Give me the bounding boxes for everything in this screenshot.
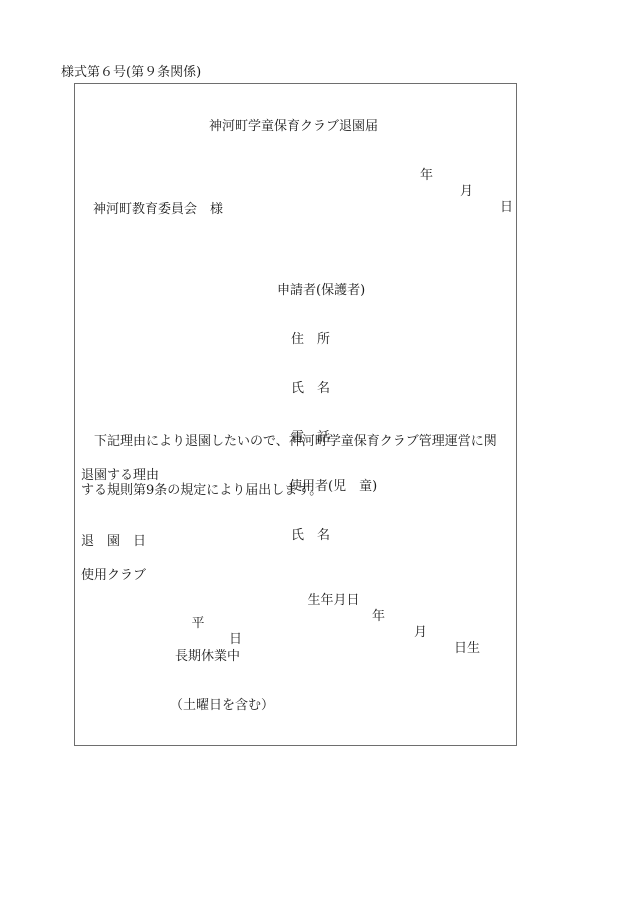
addressee: 神河町教育委員会 様 xyxy=(93,202,223,218)
user-birthdate-row: 生年月日 年 月 日生 xyxy=(277,577,377,594)
applicant-heading: 申請者(保護者) xyxy=(277,283,377,300)
date-day-label: 日 xyxy=(500,200,513,216)
form-number-label: 様式第６号(第９条関係) xyxy=(61,65,201,81)
club-option-saturday-note: （土曜日を含む） xyxy=(170,698,274,715)
applicant-address-label: 住 所 xyxy=(277,332,377,349)
user-name-label: 氏 名 xyxy=(277,528,377,545)
weekday-label-b: 日 xyxy=(229,632,242,648)
birthdate-label: 生年月日 xyxy=(308,593,360,608)
club-option-weekday: 平 日 xyxy=(175,600,274,617)
applicant-name-label: 氏 名 xyxy=(277,381,377,398)
reason-label: 退園する理由 xyxy=(81,468,159,484)
birthdate-month: 月 xyxy=(414,625,427,641)
birthdate-year: 年 xyxy=(372,609,385,625)
club-usage-label: 使用クラブ xyxy=(81,568,146,584)
club-usage-options: 平 日 長期休業中 （土曜日を含む） xyxy=(175,568,274,731)
withdrawal-date-label: 退 園 日 xyxy=(81,534,146,550)
birthdate-day-suffix: 日生 xyxy=(454,641,480,657)
body-text-line-2: する規則第9条の規定により届出します。 xyxy=(81,483,497,500)
body-text-line-1: 下記理由により退園したいので、神河町学童保育クラブ管理運営に関 xyxy=(81,434,497,451)
body-text: 下記理由により退園したいので、神河町学童保育クラブ管理運営に関 する規則第9条の… xyxy=(81,402,497,516)
date-month-label: 月 xyxy=(460,184,473,200)
date-year-label: 年 xyxy=(420,168,433,184)
date-line: 年 月 日 xyxy=(420,152,428,216)
form-title: 神河町学童保育クラブ退園届 xyxy=(209,119,378,135)
club-option-long-vacation: 長期休業中 xyxy=(175,649,274,666)
weekday-label-a: 平 xyxy=(192,616,205,631)
